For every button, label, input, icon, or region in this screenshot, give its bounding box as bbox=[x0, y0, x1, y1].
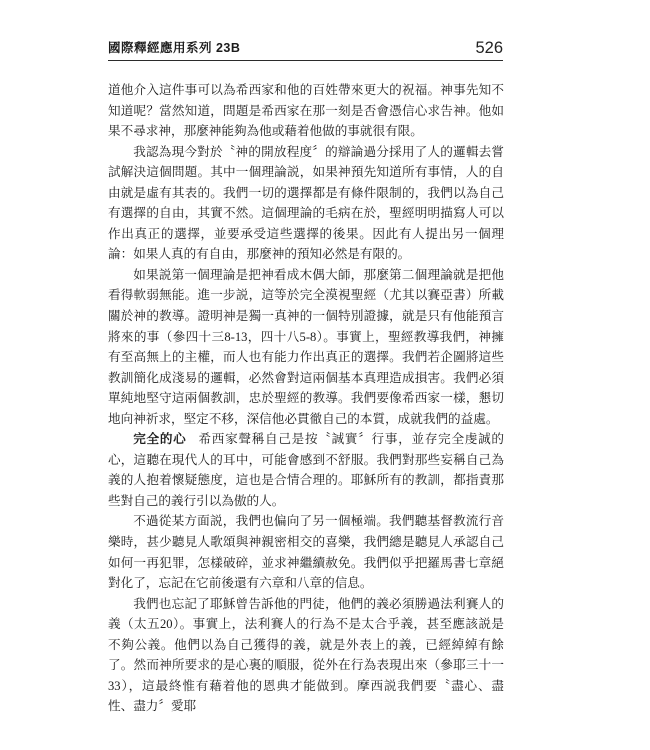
paragraph-with-heading: 完全的心希西家聲稱自己是按〝誠實〞行事，並存完全虔誠的心，這聽在現代人的耳中，可… bbox=[108, 429, 504, 511]
header-rule bbox=[108, 60, 503, 61]
running-header: 國際釋經應用系列 23B 526 bbox=[108, 40, 503, 57]
book-page: 國際釋經應用系列 23B 526 道他介入這件事可以為希西家和他的百姓帶來更大的… bbox=[0, 0, 650, 750]
series-title: 國際釋經應用系列 23B bbox=[108, 42, 240, 57]
inline-section-heading: 完全的心 bbox=[133, 432, 186, 446]
paragraph-continuation: 道他介入這件事可以為希西家和他的百姓帶來更大的祝福。神事先知不知道呢？當然知道，… bbox=[108, 80, 504, 142]
paragraph: 我認為現今對於〝神的開放程度〞的辯論過分採用了人的邏輯去嘗試解決這個問題。其中一… bbox=[108, 142, 504, 265]
paragraph: 如果説第一個理論是把神看成木偶大師，那麼第二個理論就是把他看得軟弱無能。進一步説… bbox=[108, 265, 504, 429]
paragraph: 不過從某方面説，我們也偏向了另一個極端。我們聽基督教流行音樂時，甚少聽見人歌頌與… bbox=[108, 511, 504, 593]
page-number: 526 bbox=[475, 40, 503, 57]
paragraph: 我們也忘記了耶穌曾告訴他的門徒，他們的義必須勝過法利賽人的義（太五20）。事實上… bbox=[108, 594, 504, 717]
body-text: 道他介入這件事可以為希西家和他的百姓帶來更大的祝福。神事先知不知道呢？當然知道，… bbox=[108, 80, 504, 717]
